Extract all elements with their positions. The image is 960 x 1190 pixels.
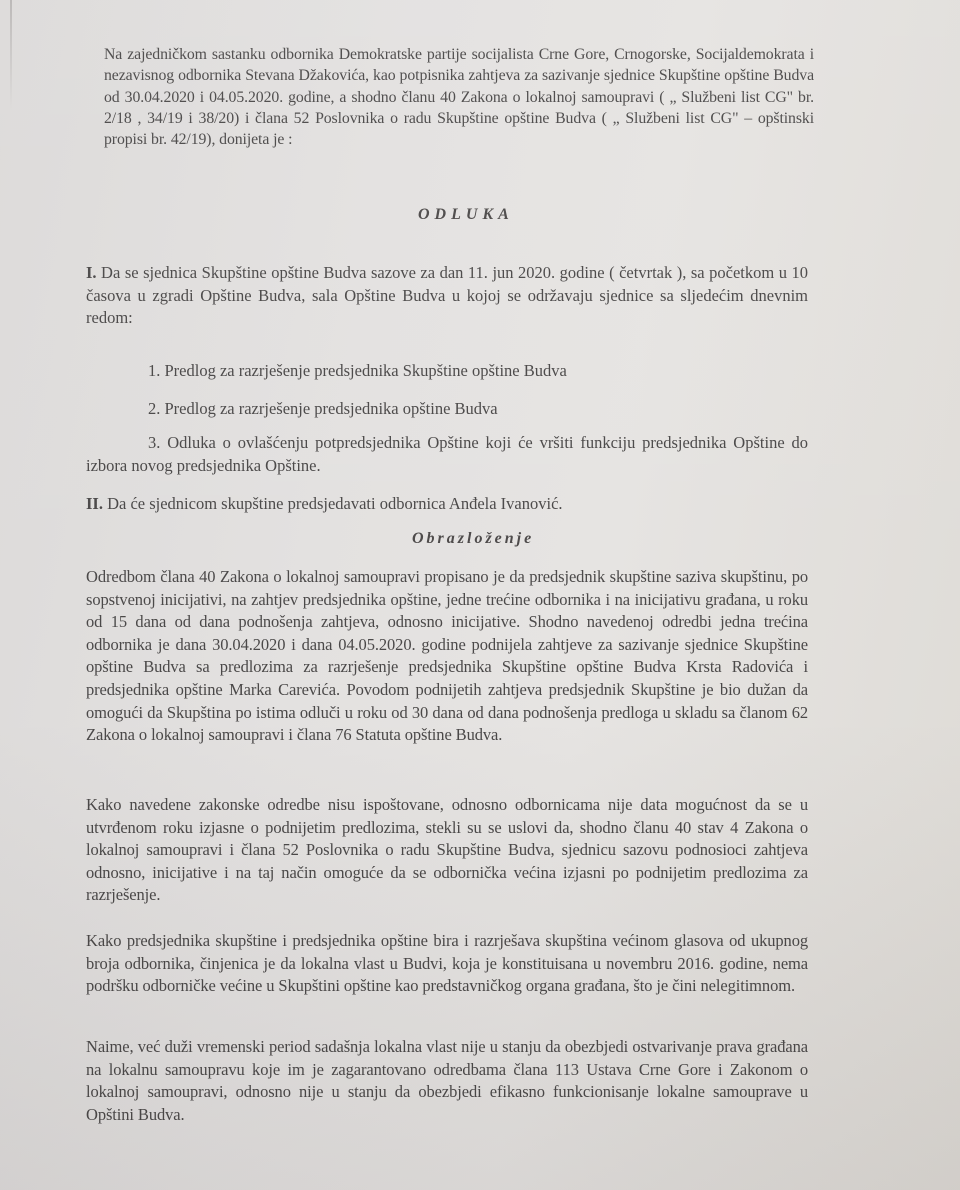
agenda-item-3: 3. Odluka o ovlašćenju potpredsjednika O… xyxy=(86,432,808,477)
section-i: I. Da se sjednica Skupštine opštine Budv… xyxy=(86,262,808,330)
reasoning-paragraph-2: Kako navedene zakonske odredbe nisu ispo… xyxy=(86,794,808,907)
section-i-numeral: I. xyxy=(86,263,97,282)
paper-edge xyxy=(10,0,12,110)
section-ii-text: Da će sjednicom skupštine predsjedavati … xyxy=(103,494,563,513)
section-i-text: Da se sjednica Skupštine opštine Budva s… xyxy=(86,263,808,327)
reasoning-paragraph-1: Odredbom člana 40 Zakona o lokalnoj samo… xyxy=(86,566,808,747)
agenda-item-1: 1. Predlog za razrješenje predsjednika S… xyxy=(148,360,870,383)
reasoning-title: Obrazloženje xyxy=(412,530,534,548)
intro-paragraph: Na zajedničkom sastanku odbornika Demokr… xyxy=(104,44,814,150)
agenda-item-2: 2. Predlog za razrješenje predsjednika o… xyxy=(148,398,870,421)
section-ii-numeral: II. xyxy=(86,494,103,513)
reasoning-paragraph-3: Kako predsjednika skupštine i predsjedni… xyxy=(86,930,808,998)
reasoning-paragraph-4: Naime, već duži vremenski period sadašnj… xyxy=(86,1036,808,1126)
decision-title: ODLUKA xyxy=(418,206,514,224)
section-ii: II. Da će sjednicom skupštine predsjedav… xyxy=(86,493,563,516)
